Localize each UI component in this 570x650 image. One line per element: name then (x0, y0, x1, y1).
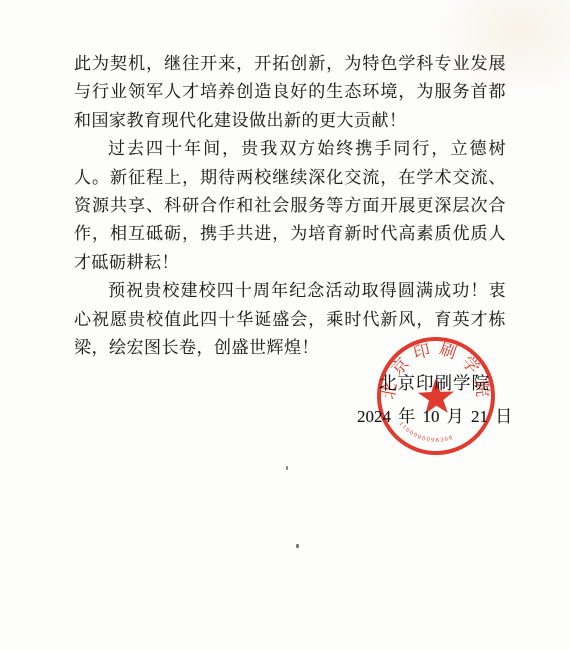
scan-artifact-speck (286, 466, 288, 470)
seal-serial-number: 1100000098308 (397, 419, 454, 446)
scanned-letter-page: 此为契机，继往开来，开拓创新，为特色学科专业发展与行业领军人才培养创造良好的生态… (0, 0, 570, 650)
official-red-seal: 北京印刷学院 1100000098308 (353, 313, 518, 478)
letter-paragraph-2: 过去四十年间，贵我双方始终携手同行，立德树人。新征程上，期待两校继续深化交流，在… (74, 135, 506, 277)
seal-star-icon (417, 378, 454, 414)
scan-artifact-speck (377, 321, 379, 323)
scan-artifact-speck (296, 544, 299, 548)
letter-paragraph-1: 此为契机，继往开来，开拓创新，为特色学科专业发展与行业领军人才培养创造良好的生态… (74, 50, 506, 135)
